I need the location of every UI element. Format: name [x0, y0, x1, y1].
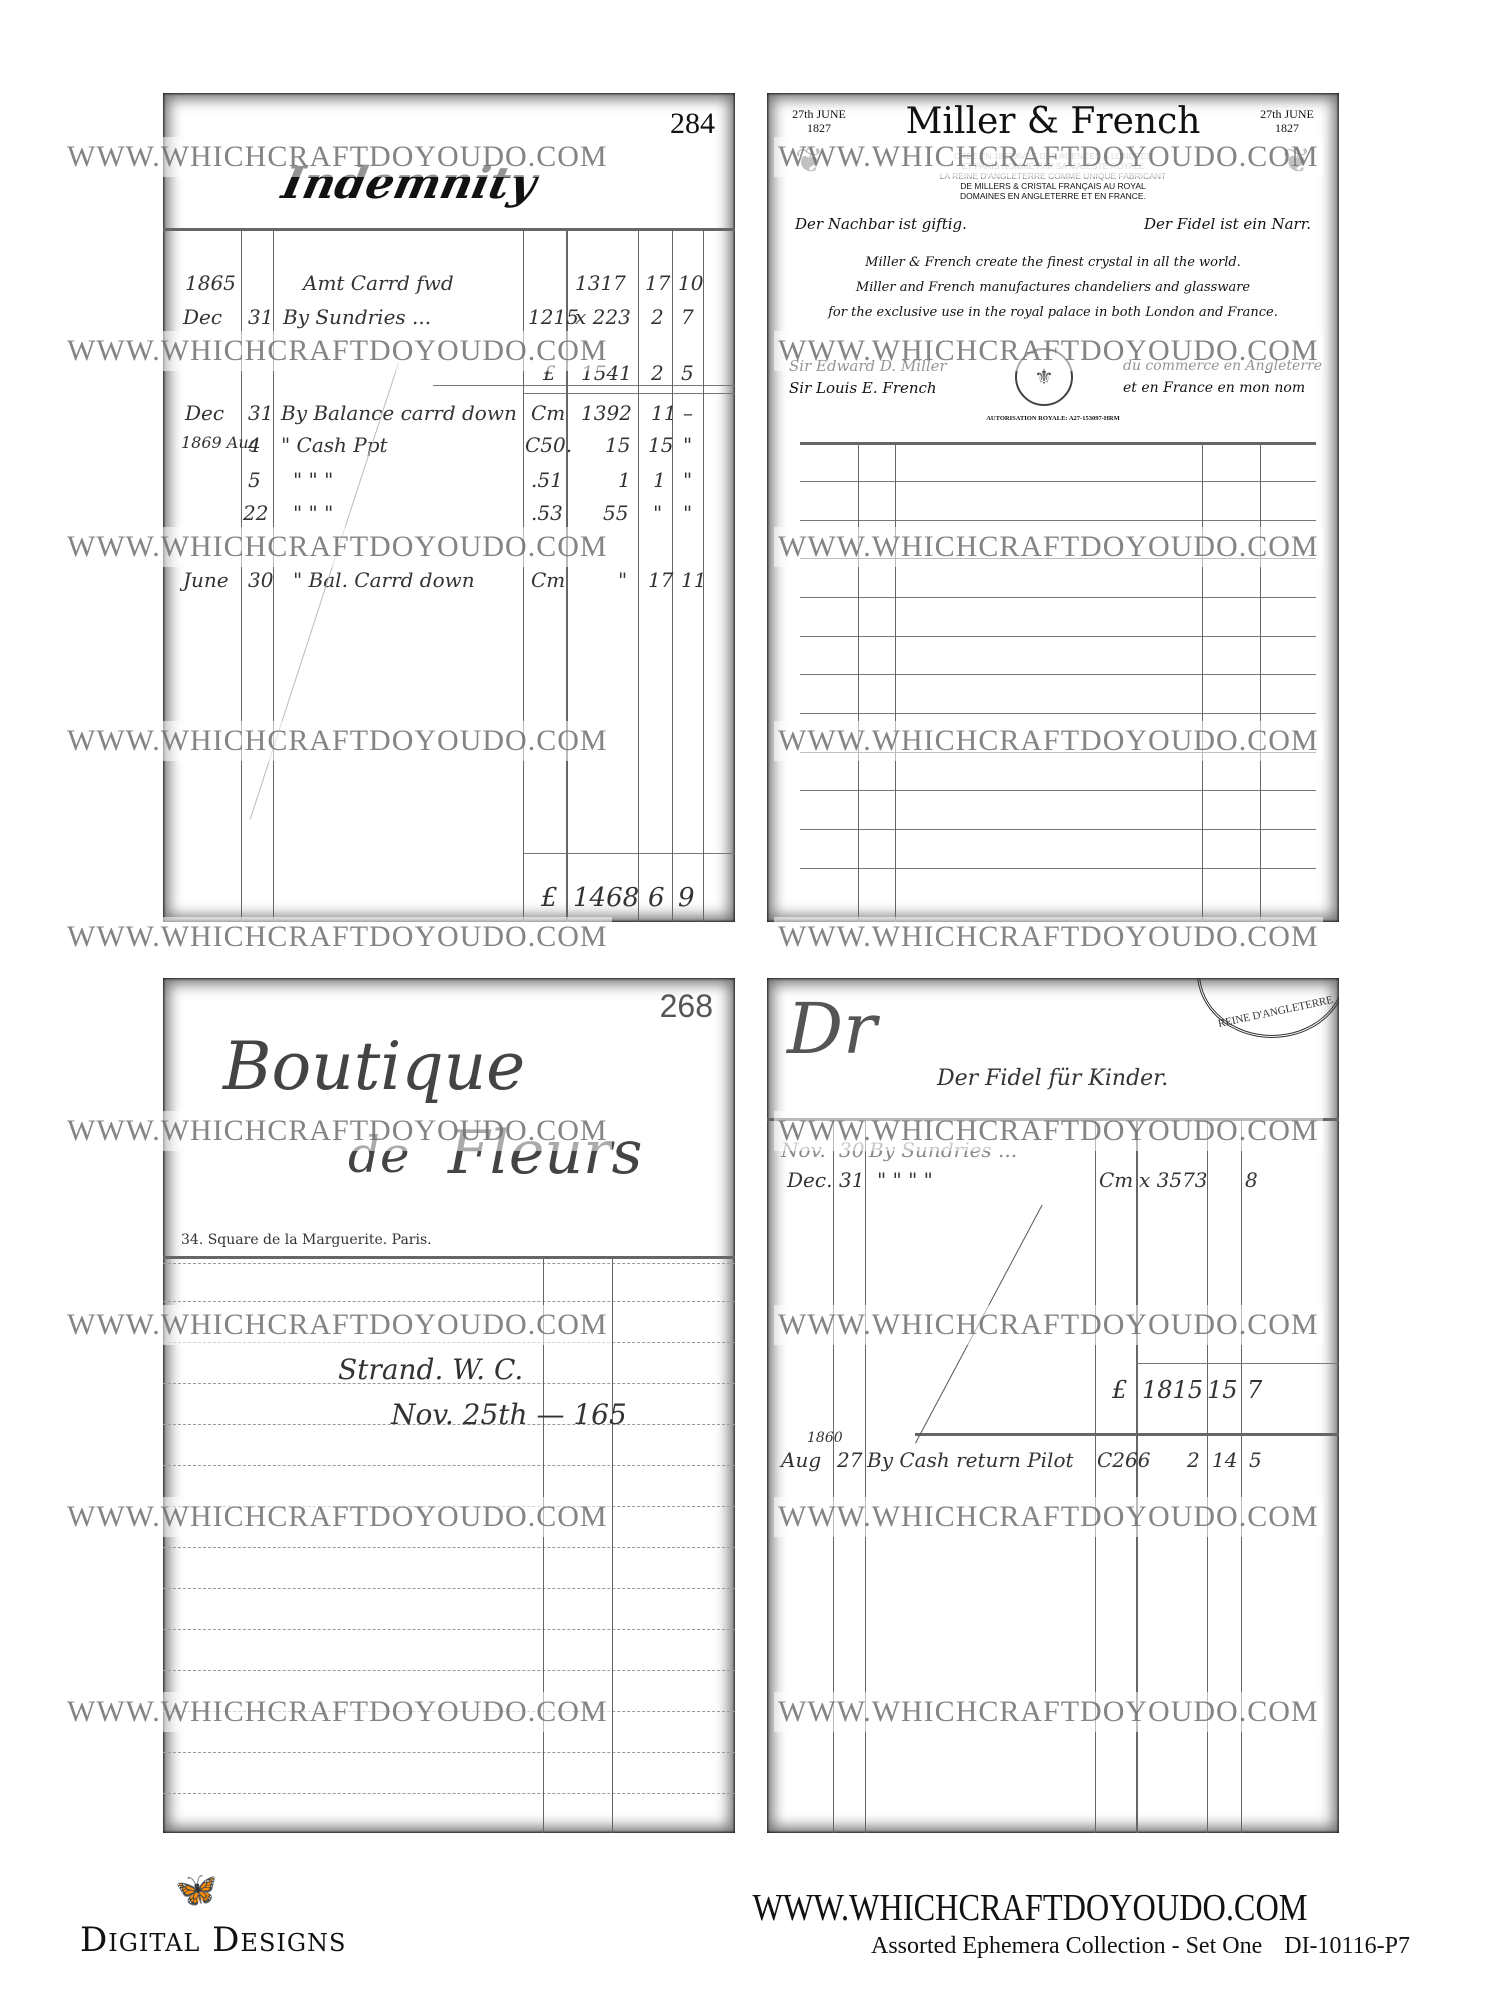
- header-initial: Dr: [787, 988, 877, 1070]
- authorisation: AUTORISATION ROYALE: A27-153097-HRM: [767, 415, 1339, 422]
- company-title: Miller & French: [767, 101, 1339, 142]
- boutique-title-de: de: [348, 1126, 410, 1184]
- butterfly-icon: 🦋: [175, 1870, 217, 1910]
- script-left: Der Nachbar ist giftig.: [795, 215, 967, 233]
- footer-logo: 🦋 Digital Designs: [75, 1870, 435, 1980]
- boutique-title-fleurs: Fleurs: [448, 1118, 642, 1188]
- royal-seal-icon: ⚜: [1015, 348, 1073, 406]
- card-ledger-dr: REINE D'ANGLETERRE Dr Der Fidel für Kind…: [767, 978, 1339, 1833]
- footer-subtitle: Assorted Ephemera Collection - Set One D…: [650, 1933, 1410, 1960]
- handwriting-line: Nov. 25th — 165: [391, 1398, 627, 1431]
- signatures: Sir Edward D. Miller Sir Louis E. French: [789, 355, 947, 399]
- shop-address: 34. Square de la Marguerite. Paris.: [181, 1232, 432, 1248]
- script-right: Der Fidel ist ein Narr.: [1144, 215, 1311, 233]
- ledger-title: Indemnity: [278, 158, 541, 209]
- product-code: DI-10116-P7: [1284, 1933, 1410, 1959]
- boutique-title: Boutique: [223, 1028, 525, 1105]
- footer-url: WWW.WHICHCRAFTDOYOUDO.COM: [707, 1886, 1353, 1930]
- header-script: Der Fidel für Kinder.: [937, 1066, 1168, 1091]
- brand-name: Digital Designs: [80, 1920, 346, 1960]
- company-body: Miller & French create the finest crysta…: [767, 250, 1339, 325]
- watermark-row: WWW.WHICHCRAFTDOYOUDO.COMWWW.WHICHCRAFTD…: [0, 917, 1500, 957]
- page-number: 284: [670, 107, 715, 141]
- handwriting-line: Strand. W. C.: [338, 1353, 523, 1386]
- collection-name: Assorted Ephemera Collection - Set One: [871, 1933, 1262, 1959]
- card-indemnity: 284 Indemnity 1865 Amt Carrd fwd 1317 17…: [163, 93, 735, 922]
- right-text: du commerce en Angleterre et en France e…: [1123, 355, 1322, 399]
- page-number: 268: [660, 988, 713, 1025]
- card-boutique: 268 Boutique de Fleurs 34. Square de la …: [163, 978, 735, 1833]
- company-subtitle: CRÉÉ EN 1827 AVEC DES AGENCES À LONDRES …: [767, 151, 1339, 201]
- card-miller-french: 27th JUNE 1827 27th JUNE 1827 ❦ ❦ Miller…: [767, 93, 1339, 922]
